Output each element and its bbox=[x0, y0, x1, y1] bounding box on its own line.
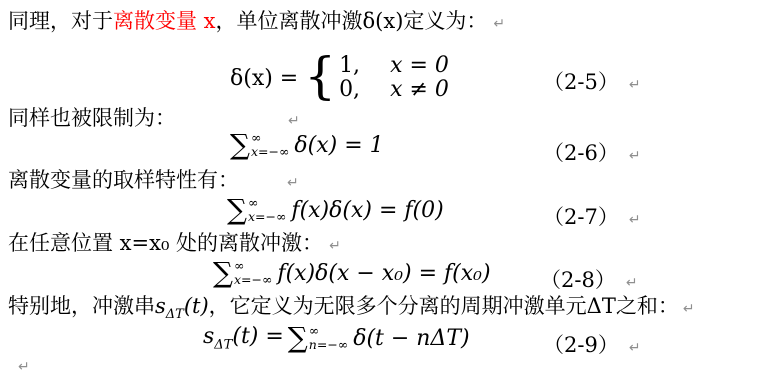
text-run: 同理，对于 bbox=[8, 9, 113, 33]
paragraph-impulse-train: 特别地，冲激串sΔT(t)，它定义为无限多个分离的周期冲激单元ΔT之和：↵ bbox=[8, 294, 695, 323]
equation-2-5: δ(x) = { 1, x = 0 0, x ≠ 0 bbox=[230, 54, 449, 102]
label-text: （2-8） bbox=[540, 268, 616, 292]
equation-label-2-5: （2-5）↵ bbox=[543, 66, 641, 96]
paragraph-intro: 同理，对于离散变量 x，单位离散冲激δ(x)定义为：↵ bbox=[8, 9, 505, 33]
eq6-body: δ(x) = 1 bbox=[294, 133, 383, 158]
paragraph-mark-icon: ↵ bbox=[629, 340, 641, 356]
lower-limit: x=−∞ bbox=[248, 210, 286, 224]
summation-limits: ∞ x=−∞ bbox=[234, 259, 272, 288]
summation-limits: ∞ n=−∞ bbox=[309, 324, 348, 353]
paragraph-mark-icon: ↵ bbox=[287, 175, 299, 191]
summation-symbol: ∑ bbox=[213, 259, 233, 287]
summation-symbol: ∑ bbox=[288, 324, 308, 352]
paragraph-mark-icon: ↵ bbox=[629, 77, 641, 93]
math-var: s bbox=[203, 324, 214, 349]
label-text: （2-9） bbox=[543, 333, 619, 357]
eq8-body: f(x)δ(x − x₀) = f(x₀) bbox=[277, 261, 490, 286]
eq5-case2-condition: x ≠ 0 bbox=[390, 78, 449, 102]
math-subscript: ΔT bbox=[166, 307, 184, 322]
inline-math: sΔT(t) bbox=[155, 294, 209, 318]
paragraph-mark-icon: ↵ bbox=[329, 238, 341, 254]
text-run: 同样也被限制为： bbox=[8, 106, 176, 130]
paragraph-mark-icon: ↵ bbox=[629, 148, 641, 164]
lower-limit: x=−∞ bbox=[234, 273, 272, 287]
eq5-case1-value: 1, bbox=[339, 54, 360, 78]
math-subscript: ΔT bbox=[214, 338, 232, 353]
empty-paragraph: ↵ bbox=[18, 352, 30, 373]
label-text: （2-5） bbox=[543, 70, 619, 94]
equation-2-7: ∑ ∞ x=−∞ f(x)δ(x) = f(0) bbox=[227, 196, 444, 225]
left-brace: { bbox=[304, 54, 336, 99]
text-run: 离散变量的取样特性有： bbox=[8, 168, 239, 192]
paragraph-constraint: 同样也被限制为：↵ bbox=[8, 106, 300, 130]
paragraph-mark-icon: ↵ bbox=[493, 16, 505, 32]
upper-limit: ∞ bbox=[309, 324, 319, 338]
label-text: （2-6） bbox=[543, 141, 619, 165]
label-text: （2-7） bbox=[543, 205, 619, 229]
lower-limit: n=−∞ bbox=[309, 338, 348, 352]
eq9-body: δ(t − nΔT) bbox=[353, 326, 469, 351]
equation-2-8: ∑ ∞ x=−∞ f(x)δ(x − x₀) = f(x₀) bbox=[213, 259, 491, 288]
paragraph-mark-icon: ↵ bbox=[288, 113, 300, 129]
text-run: 在任意位置 x=x₀ 处的离散冲激： bbox=[8, 231, 323, 255]
equation-2-9: sΔT(t) = ∑ ∞ n=−∞ δ(t − nΔT) bbox=[203, 324, 470, 353]
eq5-cases: 1, x = 0 0, x ≠ 0 bbox=[339, 54, 449, 102]
eq9-lhs: sΔT(t) = bbox=[203, 324, 284, 352]
text-run: 特别地，冲激串 bbox=[8, 294, 155, 318]
math-var: s bbox=[155, 294, 166, 318]
text-run: ，它定义为无限多个分离的周期冲激单元ΔT之和： bbox=[209, 294, 679, 318]
summation-symbol: ∑ bbox=[230, 131, 250, 159]
upper-limit: ∞ bbox=[234, 259, 244, 273]
summation-symbol: ∑ bbox=[227, 196, 247, 224]
math-var: (t) = bbox=[232, 324, 283, 349]
lower-limit: x=−∞ bbox=[251, 145, 289, 159]
paragraph-arbitrary-position: 在任意位置 x=x₀ 处的离散冲激：↵ bbox=[8, 231, 341, 255]
equation-label-2-8: （2-8）↵ bbox=[540, 264, 638, 294]
paragraph-mark-icon: ↵ bbox=[18, 359, 30, 373]
upper-limit: ∞ bbox=[248, 196, 258, 210]
eq5-case2-value: 0, bbox=[339, 78, 360, 102]
text-run-highlighted: 离散变量 x bbox=[113, 9, 216, 33]
summation-limits: ∞ x=−∞ bbox=[251, 131, 289, 160]
document-page: 同理，对于离散变量 x，单位离散冲激δ(x)定义为：↵ δ(x) = { 1, … bbox=[0, 0, 775, 373]
upper-limit: ∞ bbox=[251, 131, 261, 145]
eq7-body: f(x)δ(x) = f(0) bbox=[291, 198, 443, 223]
eq5-lhs: δ(x) = bbox=[230, 66, 298, 91]
paragraph-mark-icon: ↵ bbox=[683, 301, 695, 317]
paragraph-mark-icon: ↵ bbox=[629, 212, 641, 228]
equation-label-2-6: （2-6）↵ bbox=[543, 137, 641, 167]
paragraph-sampling-property: 离散变量的取样特性有：↵ bbox=[8, 168, 299, 192]
equation-2-6: ∑ ∞ x=−∞ δ(x) = 1 bbox=[230, 131, 384, 160]
paragraph-mark-icon: ↵ bbox=[626, 275, 638, 291]
equation-label-2-7: （2-7）↵ bbox=[543, 201, 641, 231]
eq5-case1-condition: x = 0 bbox=[390, 54, 449, 78]
summation-limits: ∞ x=−∞ bbox=[248, 196, 286, 225]
equation-label-2-9: （2-9）↵ bbox=[543, 329, 641, 359]
text-run: ，单位离散冲激δ(x)定义为： bbox=[216, 9, 488, 33]
math-var: (t) bbox=[184, 294, 209, 318]
